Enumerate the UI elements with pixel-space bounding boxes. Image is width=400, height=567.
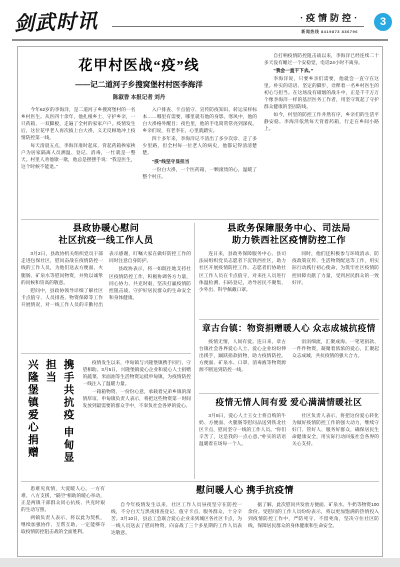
divider	[199, 393, 379, 394]
paragraph: 涓涓细流，汇聚成海。一笔笔捐款、一件件物资，凝聚着浓浓的爱心，汇聚起众志成城、共…	[292, 338, 379, 359]
article-zhengwu-body: 连日来，县政务保障服务中心、县司法局组织党员志愿者下沉铁西社区，助力社区开展疫情…	[199, 250, 379, 314]
article-xinglongbu-tail: 患难见真情，大爱暖人心。一方有难、八方支援，“隔空”相助的暖心举动，正是两镇干部…	[21, 485, 105, 553]
vertical-title-line1: 携手共抗疫 申甸显担当	[41, 359, 77, 475]
article-zhanggutai-title: 章古台镇：物资捐赠暖人心 众志成城抗疫情	[199, 323, 379, 334]
divider	[21, 219, 379, 220]
paragraph: 同时，他们还积极参与环境消杀、防疫政策宣传、生活物资配送等工作，用实际行动践行初…	[292, 250, 379, 285]
closing-line: 一份白大褂，一个医药箱，一颗滚烫的心，温暖了整个村庄。	[143, 166, 258, 180]
article-zhengxie-title-line2: 社区抗疫一线工作人员	[21, 235, 191, 247]
page-bottom-edge	[0, 558, 400, 567]
vertical-title-line2: 兴隆堡镇爱心捐赠	[23, 359, 41, 475]
page-header: 剑武时讯 ·疫情防控· 新闻热线 8419873 836796 3	[0, 0, 400, 44]
paragraph: 社区负责人表示，将把这份爱心转化为做好疫情防控工作的强大动力，继续守好门、管好人…	[292, 412, 379, 447]
article-main-body-right: 自打响疫情防控阻击战以来，李海洋已经连续二十多天没有睡过一个安稳觉，电话24小时…	[264, 52, 379, 214]
article-zhanggutai-body: 疫情无情，人间有爱。连日来，章古台镇社会各界爱心人士、爱心企业纷纷伸出援手，踊跃…	[199, 338, 379, 388]
article-zhengxie-body: 3月2日，县政协机关组织党员干部走进包保社区，慰问奋战在疫情防控一线的工作人员，…	[21, 250, 191, 348]
article-zhengxie: 县政协暖心慰问 社区抗疫一线工作人员 3月2日，县政协机关组织党员干部走进包保社…	[21, 223, 191, 351]
article-zhengwu-title-line1: 县政务保障服务中心、司法局	[199, 223, 379, 235]
article-zhengwu: 县政务保障服务中心、司法局 助力铁西社区疫情防控工作 连日来，县政务保障服务中心…	[199, 223, 379, 317]
article-main: 花甲村医战“疫”线 ——记二道河子乡搜窝堡村村医李海洋 陈淑香 本报记者 刘丹 …	[21, 49, 379, 217]
article-main-left: 花甲村医战“疫”线 ——记二道河子乡搜窝堡村村医李海洋 陈淑香 本报记者 刘丹 …	[21, 49, 257, 217]
article-main-byline: 陈淑香 本报记者 刘丹	[21, 93, 257, 101]
article-zhanggutai: 章古台镇：物资捐赠暖人心 众志成城抗疫情 疫情无情，人间有爱。连日来，章古台镇社…	[199, 323, 379, 391]
article-weiwen-body: 自今年疫情发生以来，社区工作人员昼夜坚守在防控一线，不分白天与黑夜排查登记、值守…	[111, 501, 379, 551]
article-zhengxie-title-line1: 县政协暖心慰问	[21, 223, 191, 235]
paragraph: 疫情无情，人间有爱。连日来，章古台镇社会各界爱心人士、爱心企业纷纷伸出援手，踊跃…	[199, 338, 286, 373]
masthead-logo: 剑武时讯	[14, 5, 99, 37]
paragraph: 3月8日，爱心人士王女士将自购的牛奶、方便面、火腿肠等慰问品送到铁北社区卡点，慰…	[199, 412, 286, 447]
paragraph: 自打响疫情防控阻击战以来，李海洋已经连续二十多天没有睡过一个安稳觉，电话24小时…	[264, 52, 379, 66]
paragraph: 四十多年来，李海洋记不清出了多少次诊、走了多少里路，但全村每一位老人的病史，他都…	[143, 135, 258, 156]
divider	[21, 353, 191, 354]
hotline-text: 新闻热线 8419873 836796	[301, 29, 358, 35]
article-main-body-left: 今年62岁的李海洋，是二道河子乡搜窝堡村的一名乡村医生。从医四十余年，他扎根乡土…	[21, 106, 257, 216]
pull-quote: “我会一直干下去。”	[264, 67, 379, 74]
article-main-title: 花甲村医战“疫”线	[21, 55, 257, 75]
paragraph: 今年62岁的李海洋，是二道河子乡搜窝堡村的一名乡村医生。从医四十余年，他扎根乡土…	[21, 106, 136, 141]
section-label: ·疫情防控·	[300, 11, 360, 24]
paragraph: 连日来，县政务保障服务中心、县司法局组织党员志愿者下沉铁西社区，助力社区开展疫情…	[199, 250, 286, 292]
paragraph: 李海洋说，只要乡亲们需要，他就会一直守在这里。朴实的话语、坚定的脚步，诠释着一名…	[264, 75, 379, 110]
header-rule-thick	[12, 39, 388, 41]
divider	[194, 223, 195, 479]
paragraph: 3月2日，县政协机关组织党员干部走进包保社区，慰问奋战在疫情防控一线的工作人员，…	[21, 250, 103, 285]
page-number-badge: 3	[374, 13, 392, 31]
divider	[199, 319, 379, 320]
content-box: 花甲村医战“疫”线 ——记二道河子乡搜窝堡村村医李海洋 陈淑香 本报记者 刘丹 …	[17, 46, 383, 557]
article-weiwen-title: 慰问暖人心 携手抗疫情	[111, 485, 379, 497]
subhead: “疫”线坚守显担当	[143, 158, 258, 165]
paragraph: 入户排查、卡点值守、宣传防疫知识、转运采样标本……哪里有需要，哪里就有他的身影。…	[143, 106, 258, 134]
article-xinglongbu-title: 携手共抗疫 申甸显担当 兴隆堡镇爱心捐赠	[23, 359, 77, 475]
article-main-subtitle: ——记二道河子乡搜窝堡村村医李海洋	[21, 79, 257, 90]
article-wuqing: 疫情无情人间有爱 爱心满满情暖社区 3月8日，爱心人士王女士将自购的牛奶、方便面…	[199, 397, 379, 479]
article-wuqing-title: 疫情无情人间有爱 爱心满满情暖社区	[199, 397, 379, 408]
paragraph: 据了解，此次慰问共发放方便面、矿泉水、牛奶等物资100余份。受慰问的工作人员纷纷…	[248, 501, 379, 529]
article-wuqing-body: 3月8日，爱心人士王女士将自购的牛奶、方便面、火腿肠等慰问品送到铁北社区卡点，慰…	[199, 412, 379, 474]
divider	[21, 481, 379, 482]
paragraph: 自今年疫情发生以来，社区工作人员昼夜坚守在防控一线，不分白天与黑夜排查登记、值守…	[111, 501, 242, 536]
paragraph: 疫情发生以来，申甸镇与兴隆堡镇携手同行、守望相助。3月5日，兴隆堡镇爱心企业和爱…	[83, 359, 191, 387]
paragraph: 一箱箱物资、一份份心意，承载着兄弟乡镇的深情厚谊。申甸镇负责人表示，将把这些物资…	[83, 388, 191, 409]
paragraph: 县政协表示，将一如既往地支持社区疫情防控工作，积极协调各方力量，同心协力、共克时…	[109, 265, 191, 300]
article-weiwen: 慰问暖人心 携手抗疫情 自今年疫情发生以来，社区工作人员昼夜坚守在防控一线，不分…	[111, 485, 379, 553]
paragraph: 如今，村里的防控工作井然有序，乡亲们的生活平静安稳。李海洋依然每天背着药箱，行走…	[264, 111, 379, 132]
article-xinglongbu-body: 疫情发生以来，申甸镇与兴隆堡镇携手同行、守望相助。3月5日，兴隆堡镇爱心企业和爱…	[83, 357, 191, 479]
paragraph: 两镇负责人表示，将以此为契机，继续加强协作、互帮互助，一定能够夺取疫情防控阻击战…	[21, 514, 105, 535]
newspaper-page: 剑武时讯 ·疫情防控· 新闻热线 8419873 836796 3 花甲村医战“…	[0, 0, 400, 567]
paragraph: 患难见真情，大爱暖人心。一方有难、八方支援，“隔空”相助的暖心举动，正是两镇干部…	[21, 485, 105, 513]
header-rule-thin	[112, 26, 364, 27]
article-zhengwu-title-line2: 助力铁西社区疫情防控工作	[199, 235, 379, 247]
paragraph: 每天清晨五点，李海洋准时起床，背起药箱挨家挨户为居家隔离人员测温、登记、消毒，一…	[21, 142, 136, 170]
article-xinglongbu: 携手共抗疫 申甸显担当 兴隆堡镇爱心捐赠 疫情发生以来，申甸镇与兴隆堡镇携手同行…	[21, 357, 191, 479]
